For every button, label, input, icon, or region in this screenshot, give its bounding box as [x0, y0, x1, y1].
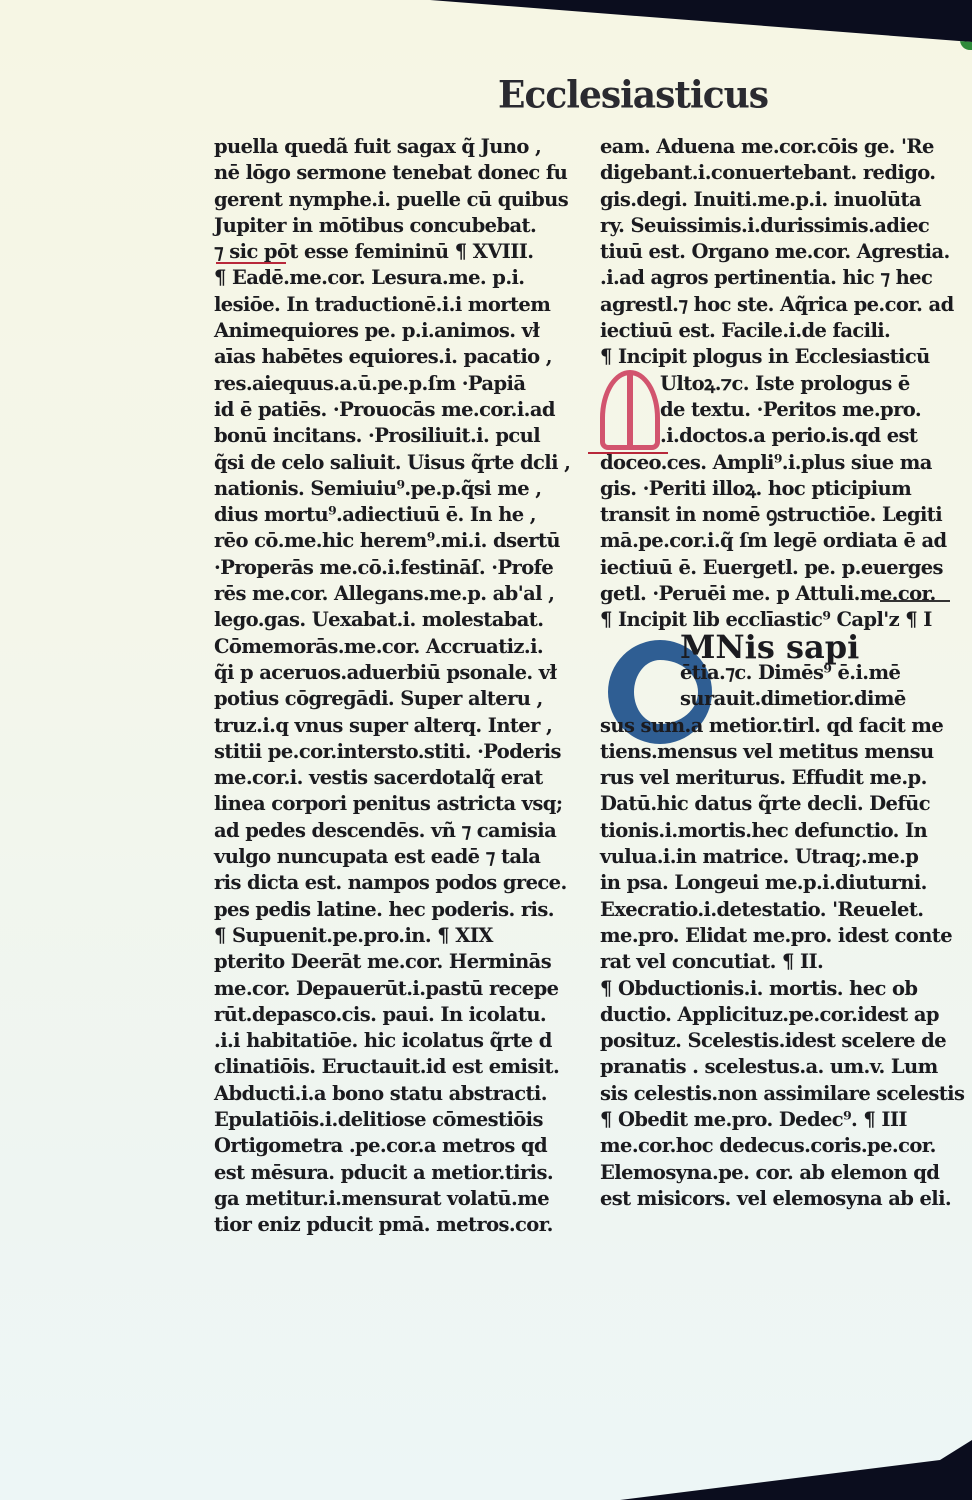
text-line: est misicors. vel elemosyna ab eli.: [600, 1186, 936, 1212]
ink-rule: [880, 600, 950, 602]
text-line: ad pedes descendēs. vñ ⁊ camisia: [214, 818, 580, 844]
text-line: .i.ad agros pertinentia. hic ⁊ hec: [600, 265, 936, 291]
text-line: sis celestis.non assimilare scelestis: [600, 1081, 936, 1107]
text-line: tionis.i.mortis.hec defunctio. In: [600, 818, 936, 844]
text-line: ris dicta est. nampos podos grece.: [214, 870, 580, 896]
text-line: pterito Deerāt me.cor. Herminās: [214, 949, 580, 975]
text-line: gis.degi. Inuiti.me.p.i. inuolūta: [600, 187, 936, 213]
text-line: rēs me.cor. Allegans.me.p. ab'al ,: [214, 581, 580, 607]
text-line: Datū.hic datus q̃rte decli. Defūc: [600, 791, 936, 817]
left-column: puella quedã fuit sagax q̃ Juno ,nē lōgo…: [214, 134, 580, 1238]
text-line: tior eniz pducit pmā. metros.cor.: [214, 1212, 580, 1238]
text-line: surauit.dimetior.dimē: [600, 686, 936, 712]
text-line: res.aiequus.a.ū.pe.p.ſm ·Papiā: [214, 371, 580, 397]
text-line: Cōmemorās.me.cor. Accruatiz.i.: [214, 634, 580, 660]
text-line: rus vel meriturus. Effudit me.p.: [600, 765, 936, 791]
green-leaf-corner: [960, 30, 972, 50]
text-line: dius mortu⁹.adiectiuū ē. In he ,: [214, 502, 580, 528]
text-line: lesiōe. In traductionē.i.i mortem: [214, 292, 580, 318]
text-line: ¶ Eadē.me.cor. Lesura.me. p.i.: [214, 265, 580, 291]
text-line: vulua.i.in matrice. Utraq;.me.p: [600, 844, 936, 870]
text-line: Elemosyna.pe. cor. ab elemon qd: [600, 1160, 936, 1186]
text-line: Epulatiōis.i.delitiose cōmestiōis: [214, 1107, 580, 1133]
text-line: Jupiter in mōtibus concubebat.: [214, 213, 580, 239]
text-line: Ortigometra .pe.cor.a metros qd: [214, 1133, 580, 1159]
text-line: est mēsura. pducit a metior.tiris.: [214, 1160, 580, 1186]
text-line: mā.pe.cor.i.q̃ ſm legē ordiata ē ad: [600, 528, 936, 554]
text-line: rat vel concutiat. ¶ II.: [600, 949, 936, 975]
text-line: doceo.ces. Ampli⁹.i.plus siue ma: [600, 450, 936, 476]
text-line: iectiuū est. Facile.i.de facili.: [600, 318, 936, 344]
text-line: posituz. Scelestis.idest scelere de: [600, 1028, 936, 1054]
text-line: clinatiōis. Eructauit.id est emisit.: [214, 1054, 580, 1080]
text-line: in psa. Longeui me.p.i.diuturni.: [600, 870, 936, 896]
manuscript-page: Ecclesiasticus puella quedã fuit sagax q…: [0, 0, 972, 1500]
text-line: linea corpori penitus astricta vsq;: [214, 791, 580, 817]
text-line: puella quedã fuit sagax q̃ Juno ,: [214, 134, 580, 160]
text-line: me.cor. Depauerūt.i.pastū recepe: [214, 976, 580, 1002]
text-line: tiens.mensus vel metitus mensu: [600, 739, 936, 765]
text-line: ·Properās me.cō.i.festināſ. ·Profe: [214, 555, 580, 581]
text-line: agrestl.⁊ hoc ste. Aq̃rica pe.cor. ad: [600, 292, 936, 318]
text-line: ¶ Incipit plogus in Ecclesiasticū: [600, 344, 936, 370]
text-line: .i.doctos.a perio.is.qd est: [600, 423, 936, 449]
text-line: stitii pe.cor.intersto.stiti. ·Poderis: [214, 739, 580, 765]
text-line: iectiuū ē. Euergetl. pe. p.euerges: [600, 555, 936, 581]
right-column: eam. Aduena me.cor.cōis ge. 'Redigebant.…: [600, 134, 936, 1212]
text-line: me.pro. Elidat me.pro. idest conte: [600, 923, 936, 949]
text-line: vulgo nuncupata est eadē ⁊ tala: [214, 844, 580, 870]
text-line: de textu. ·Peritos me.pro.: [600, 397, 936, 423]
text-line: ¶ Obductionis.i. mortis. hec ob: [600, 976, 936, 1002]
text-line: tiuū est. Organo me.cor. Agrestia.: [600, 239, 936, 265]
text-line: me.cor.hoc dedecus.coris.pe.cor.: [600, 1133, 936, 1159]
text-line: Ultoꝝ.⁊c. Iste prologus ē: [600, 371, 936, 397]
text-line: bonū incitans. ·Prosiliuit.i. pcul: [214, 423, 580, 449]
text-line: ry. Seuissimis.i.durissimis.adiec: [600, 213, 936, 239]
text-line: id ē patiēs. ·Prouocās me.cor.i.ad: [214, 397, 580, 423]
text-line: eam. Aduena me.cor.cōis ge. 'Re: [600, 134, 936, 160]
text-line: rūt.depasco.cis. paui. In icolatu.: [214, 1002, 580, 1028]
text-line: gis. ·Periti illoꝝ. hoc pticipium: [600, 476, 936, 502]
text-line: transit in nomē ꝯstructiōe. Legiti: [600, 502, 936, 528]
text-line: ¶ Obedit me.pro. Dedec⁹. ¶ III: [600, 1107, 936, 1133]
red-rule: [588, 452, 668, 454]
running-head: Ecclesiasticus: [498, 73, 768, 117]
text-line: Animequiores pe. p.i.animos. vł: [214, 318, 580, 344]
text-line: MNis sapi: [600, 634, 936, 660]
text-line: potius cōgregādi. Super alteru ,: [214, 686, 580, 712]
text-line: q̃i p aceruos.aduerbiū psonale. vł: [214, 660, 580, 686]
red-rule: [216, 262, 286, 264]
text-line: getl. ·Peruēi me. p Attuli.me.cor.: [600, 581, 936, 607]
text-line: lego.gas. Uexabat.i. molestabat.: [214, 607, 580, 633]
text-line: Execratio.i.detestatio. 'Reuelet.: [600, 897, 936, 923]
text-line: ¶ Supuenit.pe.pro.in. ¶ XIX: [214, 923, 580, 949]
text-line: .i.i habitatiōe. hic icolatus q̃rte d: [214, 1028, 580, 1054]
text-line: digebant.i.conuertebant. redigo.: [600, 160, 936, 186]
text-line: nē lōgo sermone tenebat donec fu: [214, 160, 580, 186]
text-line: ductio. Applicituz.pe.cor.idest ap: [600, 1002, 936, 1028]
text-line: sus sum.a metior.tirl. qd facit me: [600, 713, 936, 739]
text-line: me.cor.i. vestis sacerdotalq̃ erat: [214, 765, 580, 791]
text-line: rēo cō.me.hic herem⁹.mi.i. dsertū: [214, 528, 580, 554]
text-line: ētia.⁊c. Dimēs⁹ ē.i.mē: [600, 660, 936, 686]
text-line: pranatis . scelestus.a. um.v. Lum: [600, 1054, 936, 1080]
text-line: truz.i.q vnus super alterq. Inter ,: [214, 713, 580, 739]
text-line: nationis. Semiuiu⁹.pe.p.q̃si me ,: [214, 476, 580, 502]
text-line: q̃si de celo saliuit. Uisus q̃rte dcli ,: [214, 450, 580, 476]
text-line: aīas habētes equiores.i. pacatio ,: [214, 344, 580, 370]
text-line: pes pedis latine. hec poderis. ris.: [214, 897, 580, 923]
text-line: ga metitur.i.mensurat volatū.me: [214, 1186, 580, 1212]
text-line: Abducti.i.a bono statu abstracti.: [214, 1081, 580, 1107]
text-line: gerent nymphe.i. puelle cū quibus: [214, 187, 580, 213]
